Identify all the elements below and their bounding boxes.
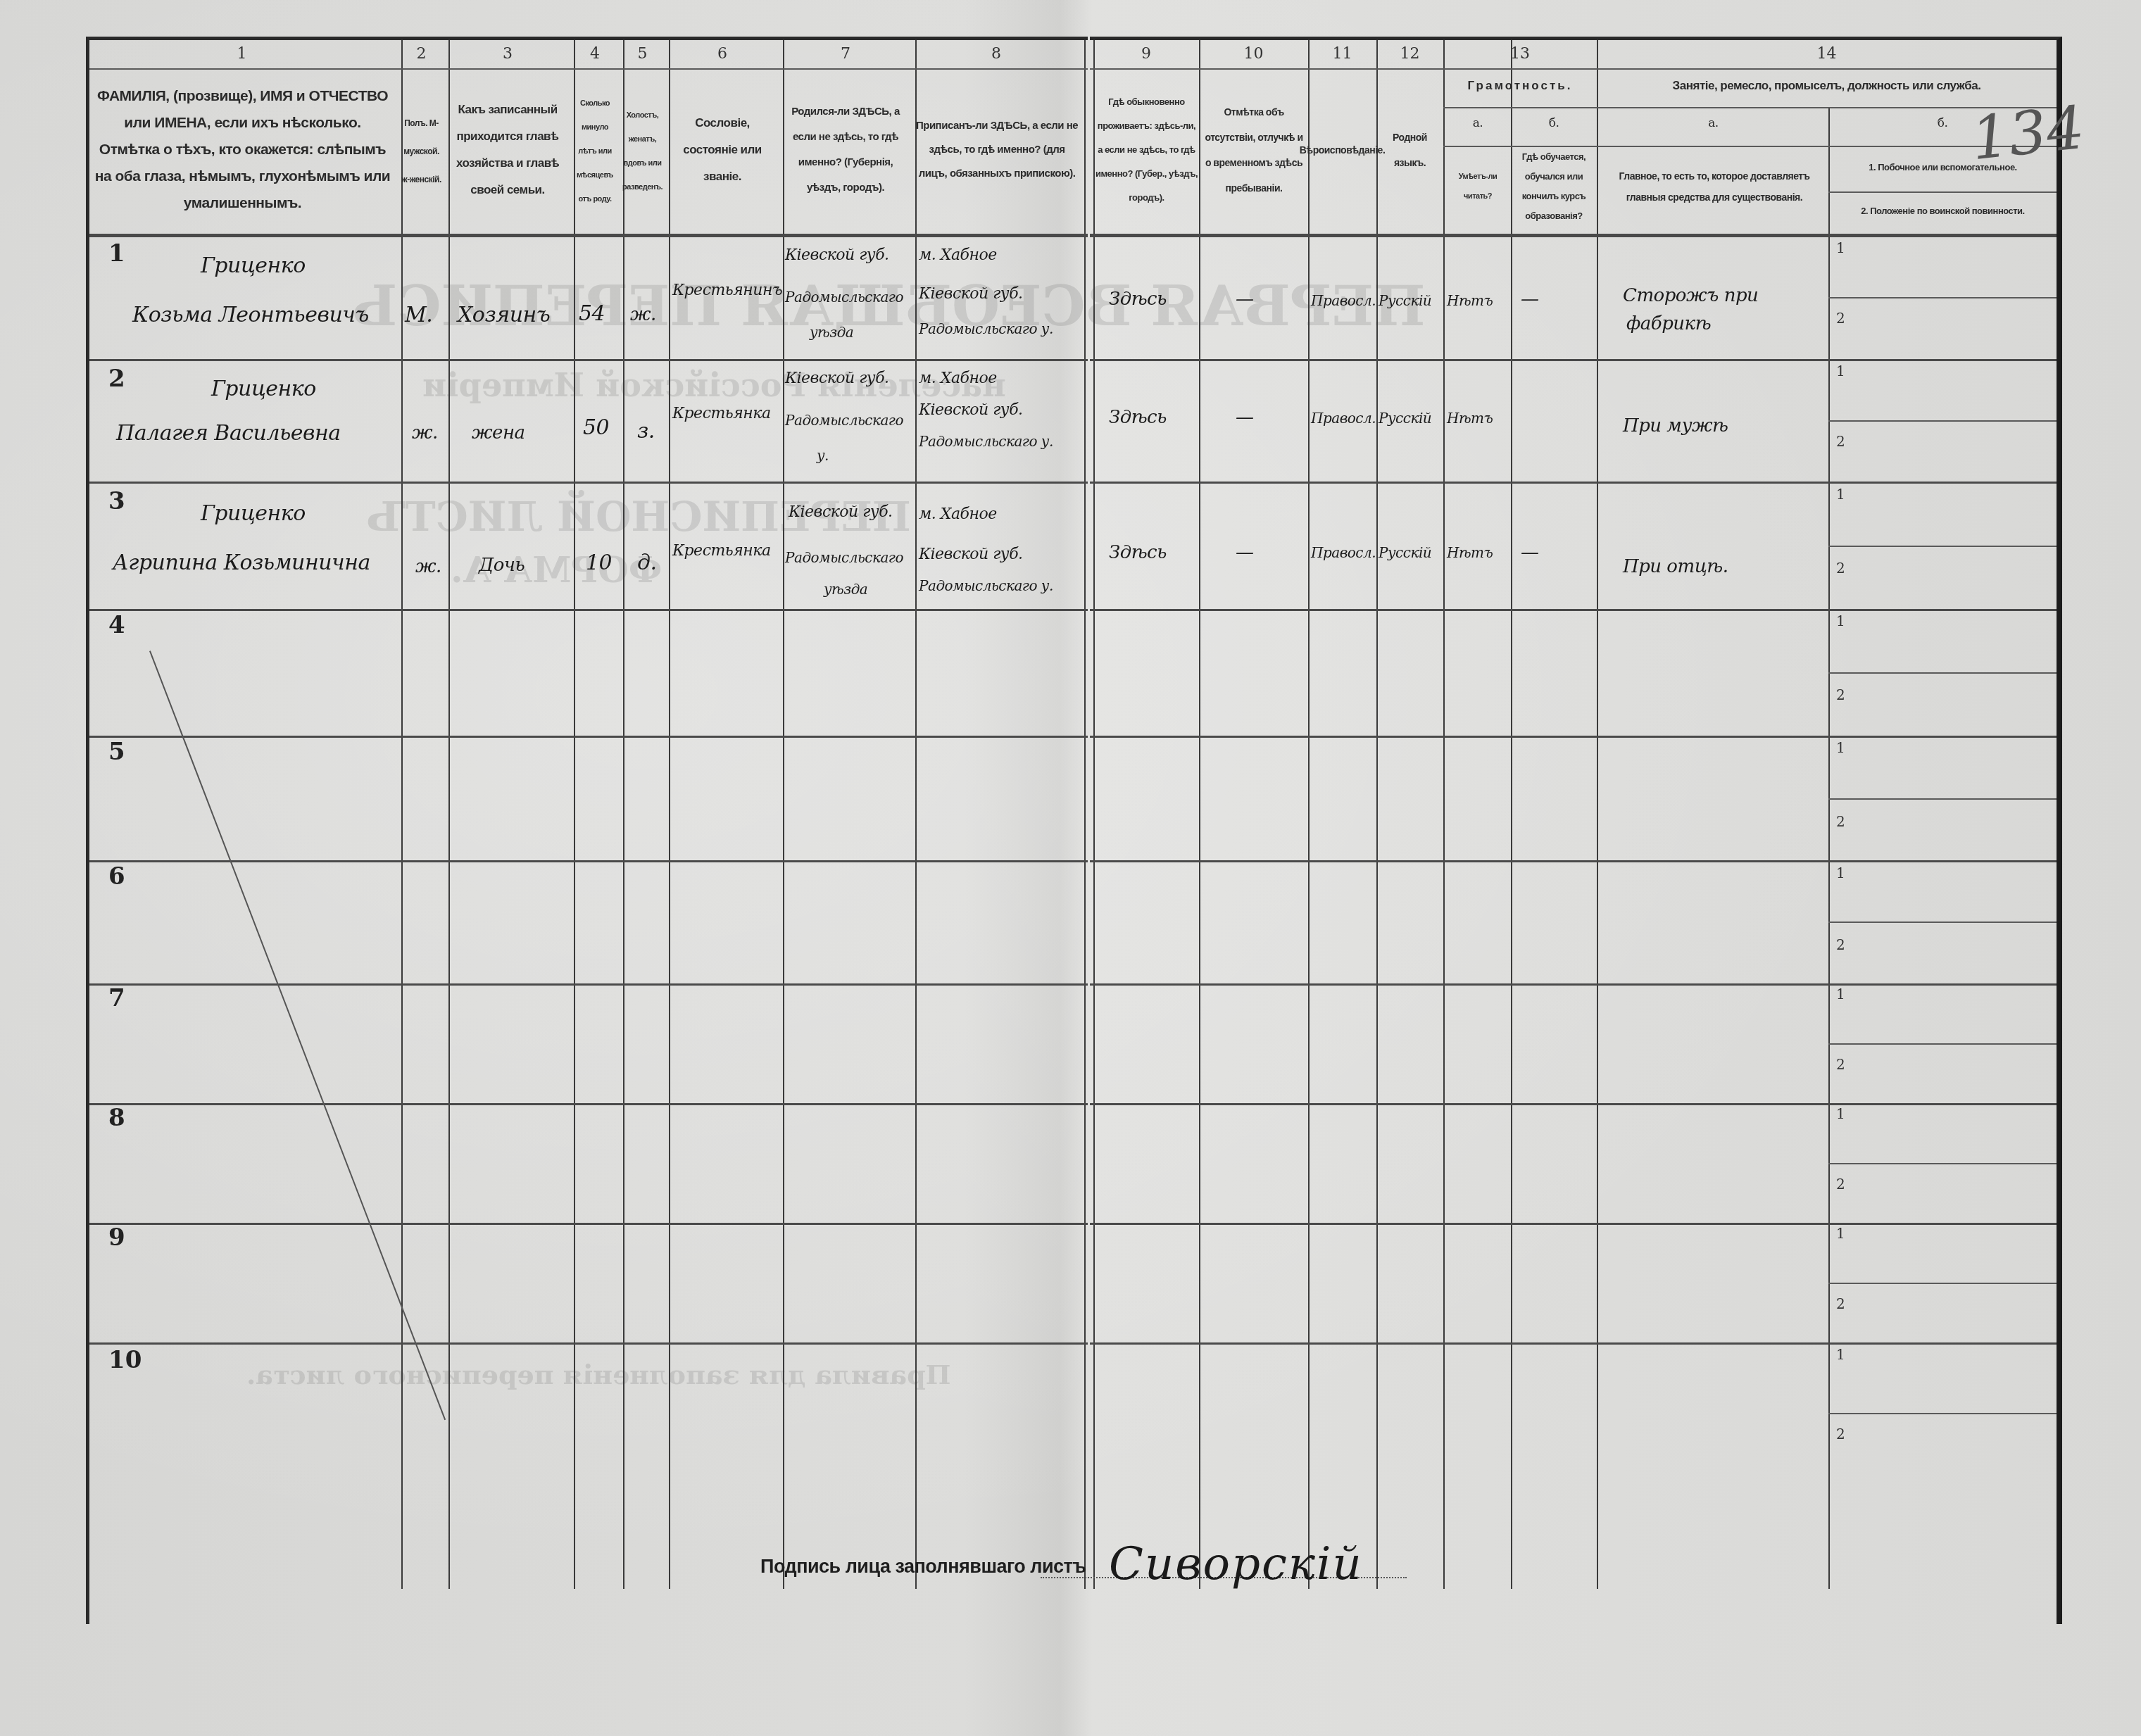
col-header-language: Родной языкъ.: [1378, 70, 1442, 229]
col-header-literacy: Грамотность.: [1445, 70, 1595, 101]
row-divider: [89, 1103, 1088, 1105]
marital-status: д.: [637, 551, 657, 575]
row-divider: [1090, 1223, 2057, 1225]
residence: Здѣсь: [1109, 407, 1167, 428]
sub-marker-1: 1: [1836, 1105, 1845, 1122]
birthplace-line: Кіевской губ.: [789, 503, 893, 521]
row-half-divider: [1828, 798, 2057, 800]
row-half-divider: [1828, 672, 2057, 674]
row-half-divider: [1828, 922, 2057, 923]
row-divider: [89, 860, 1088, 862]
sub-marker-1: 1: [1836, 986, 1845, 1002]
col-header-age: Сколько минуло лѣтъ или мѣсяцевъ отъ род…: [572, 77, 618, 225]
birthplace-line: Радомысльскаго: [785, 289, 903, 306]
sub-marker-2: 2: [1836, 433, 1845, 450]
col-divider: [1308, 40, 1310, 1589]
sub-marker-2: 2: [1836, 310, 1845, 327]
estate: Крестьянинъ: [672, 282, 782, 299]
registered-line: Радомысльскаго у.: [919, 320, 1053, 337]
col-header-education: Гдѣ обучается, обучался или кончилъ курс…: [1512, 144, 1595, 229]
registered-line: Радомысльскаго у.: [919, 433, 1053, 450]
col-header-relation: Какъ записанный приходится главѣ хозяйст…: [448, 70, 567, 229]
col-num-5: 5: [620, 45, 665, 63]
col-divider: [783, 40, 784, 1589]
registered-line: Радомысльскаго у.: [919, 577, 1053, 594]
col-divider: [448, 40, 450, 1589]
relation: Хозяинъ: [458, 303, 550, 327]
sub-marker-1: 1: [1836, 612, 1845, 629]
registered-line: Кіевской губ.: [919, 401, 1023, 419]
col-divider: [1093, 40, 1095, 1589]
sex: ж.: [415, 556, 441, 577]
surname: Гриценко: [201, 253, 306, 278]
religion: Правосл.: [1311, 544, 1376, 561]
row-divider: [89, 1223, 1088, 1225]
col-header-literacy-b-label: б.: [1512, 106, 1595, 141]
row-half-divider: [1828, 1043, 2057, 1045]
estate: Крестьянка: [672, 542, 771, 560]
sub-marker-2: 2: [1836, 560, 1845, 577]
col-num-7: 7: [779, 45, 912, 63]
col-num-3: 3: [445, 45, 570, 63]
signature-value: Сиворскій: [1109, 1538, 1363, 1590]
sub-marker-2: 2: [1836, 1295, 1845, 1312]
col-header-registered: Приписанъ-ли ЗДѢСЬ, а если не здѣсь, то …: [915, 70, 1079, 229]
birthplace-line: уѣзда: [810, 324, 853, 341]
birthplace-line: Кіевской губ.: [785, 246, 889, 264]
header-num-line: [1090, 68, 2057, 70]
birthplace-line: Кіевской губ.: [785, 370, 889, 387]
col-num-9: 9: [1093, 45, 1199, 63]
sub-marker-1: 1: [1836, 739, 1845, 756]
residence: Здѣсь: [1109, 289, 1167, 310]
sub-marker-2: 2: [1836, 686, 1845, 703]
col-header-residence: Гдѣ обыкновенно проживаетъ: здѣсь-ли, а …: [1095, 70, 1198, 229]
row-half-divider: [1828, 1283, 2057, 1284]
registered-line: Кіевской губ.: [919, 546, 1023, 563]
col-divider: [574, 40, 575, 1589]
birthplace-line: у.: [817, 447, 829, 464]
age: 50: [583, 415, 609, 440]
registered-line: Кіевской губ.: [919, 285, 1023, 303]
sub-marker-1: 1: [1836, 363, 1845, 379]
native-language: Русскій: [1379, 410, 1431, 427]
col-header-name: ФАМИЛІЯ, (прозвище), ИМЯ и ОТЧЕСТВО или …: [93, 70, 392, 229]
col-divider: [1376, 40, 1378, 1589]
sex: ж.: [412, 422, 438, 444]
col-divider: [1084, 40, 1086, 1589]
surname: Гриценко: [201, 501, 306, 526]
relation: Дочь: [479, 555, 525, 576]
row-number: 3: [108, 487, 125, 515]
header-bottom-line: [1090, 234, 2057, 237]
age: 54: [579, 301, 605, 326]
col-header-literacy-a-label: а.: [1445, 106, 1511, 141]
row-number: 10: [108, 1346, 142, 1374]
col-header-marital: Холостъ, женатъ, вдовъ или разведенъ.: [621, 77, 664, 225]
row-divider: [89, 983, 1088, 986]
col-header-sex: Полъ. М-мужской. ж-женскій.: [399, 84, 444, 218]
row-divider: [89, 359, 1088, 361]
col-num-8: 8: [912, 45, 1081, 63]
native-language: Русскій: [1379, 292, 1431, 309]
row-number: 5: [108, 738, 125, 766]
col-divider: [1828, 107, 1830, 1589]
sub-marker-2: 2: [1836, 1426, 1845, 1442]
row-half-divider: [1828, 297, 2057, 298]
row-number: 8: [108, 1104, 125, 1132]
given-name-patronymic: Палагея Васильевна: [116, 421, 341, 446]
sub-marker-2: 2: [1836, 813, 1845, 830]
religion: Правосл.: [1311, 410, 1376, 427]
row-divider: [1090, 1103, 2057, 1105]
absence: —: [1236, 407, 1254, 428]
row-half-divider: [1828, 1163, 2057, 1164]
absence: —: [1236, 289, 1254, 310]
registered-line: м. Хабное: [919, 370, 997, 387]
row-divider: [1090, 860, 2057, 862]
col-num-2: 2: [398, 45, 445, 63]
marital-status: ж.: [630, 304, 656, 325]
occupation-main-line: При мужѣ: [1623, 415, 1728, 436]
col-num-10: 10: [1199, 45, 1308, 63]
sub-marker-1: 1: [1836, 864, 1845, 881]
can-read: Нѣтъ: [1447, 410, 1493, 427]
can-read: Нѣтъ: [1447, 544, 1493, 561]
row-half-divider: [1828, 546, 2057, 547]
col-header-estate: Сословіе, состояніе или званіе.: [669, 70, 776, 229]
col-header-occupation-main: Главное, то есть то, которое доставляетъ…: [1605, 144, 1823, 229]
row-divider: [1090, 609, 2057, 611]
birthplace-line: Радомысльскаго: [785, 412, 903, 429]
col-divider: [401, 40, 403, 1589]
col-divider: [669, 40, 670, 1589]
col-divider: [1511, 40, 1512, 1589]
row-number: 7: [108, 984, 125, 1012]
sub-marker-1: 1: [1836, 1346, 1845, 1363]
occupation-main-line: фабрикѣ: [1626, 313, 1711, 334]
row-divider: [89, 482, 1088, 484]
sub-marker-1: 1: [1836, 239, 1845, 256]
col-num-6: 6: [665, 45, 779, 63]
native-language: Русскій: [1379, 544, 1431, 561]
relation: жена: [472, 422, 525, 444]
row-half-divider: [1828, 420, 2057, 422]
sex: М.: [405, 303, 432, 327]
col-divider: [1199, 40, 1200, 1589]
education: —: [1521, 542, 1539, 563]
registered-line: м. Хабное: [919, 505, 997, 523]
col-num-11: 11: [1308, 45, 1376, 63]
sub-marker-2: 2: [1836, 936, 1845, 953]
row-number: 6: [108, 862, 125, 891]
residence: Здѣсь: [1109, 542, 1167, 563]
col-divider: [1443, 40, 1445, 1589]
col-header-occupation-a-label: а.: [1598, 106, 1828, 141]
col-num-1: 1: [86, 45, 398, 63]
col-header-can-read: Умѣетъ-ли читать?: [1445, 144, 1511, 229]
birthplace-line: уѣзда: [824, 581, 867, 598]
col-header-occupation: Занятіе, ремесло, промыселъ, должность и…: [1598, 70, 2055, 101]
row-divider: [1090, 482, 2057, 484]
row-divider: [1090, 1342, 2057, 1345]
header-bottom-line: [89, 234, 1088, 237]
row-divider: [1090, 736, 2057, 738]
col-divider: [915, 40, 917, 1589]
col-divider: [1597, 40, 1598, 1589]
signature-label: Подпись лица заполнявшаго листъ: [760, 1556, 1086, 1578]
row-number: 4: [108, 611, 125, 639]
col-num-4: 4: [570, 45, 620, 63]
estate: Крестьянка: [672, 405, 771, 422]
sub-marker-2: 2: [1836, 1056, 1845, 1073]
sheet-number: 134: [1968, 93, 2087, 173]
absence: —: [1236, 542, 1254, 563]
can-read: Нѣтъ: [1447, 292, 1493, 309]
occupation-main-line: При отцѣ.: [1623, 556, 1728, 577]
sub-marker-1: 1: [1836, 1225, 1845, 1242]
header-num-line: [89, 68, 1088, 70]
occupation-main-line: Сторожъ при: [1623, 285, 1758, 306]
right-page-table: [1090, 37, 2062, 1624]
row-number: 2: [108, 365, 125, 393]
row-divider: [1090, 983, 2057, 986]
religion: Правосл.: [1311, 292, 1376, 309]
col-header-religion: Вѣроисповѣданіе.: [1310, 70, 1375, 229]
col-divider: [623, 40, 624, 1589]
row-divider: [89, 609, 1088, 611]
row-divider: [1090, 359, 2057, 361]
row-half-divider: [1828, 1413, 2057, 1414]
row-number: 1: [108, 239, 125, 268]
given-name-patronymic: Козьма Леонтьевичъ: [132, 303, 369, 327]
row-number: 9: [108, 1224, 125, 1252]
sub-marker-2: 2: [1836, 1176, 1845, 1193]
sub-marker-1: 1: [1836, 486, 1845, 503]
birthplace-line: Радомысльскаго: [785, 549, 903, 566]
col-header-military: 2. Положеніе по воинской повинности.: [1832, 191, 2054, 229]
marital-status: з.: [637, 419, 655, 444]
col-header-absence: Отмѣтка объ отсутствіи, отлучкѣ и о врем…: [1201, 70, 1307, 229]
education: —: [1521, 289, 1539, 310]
registered-line: м. Хабное: [919, 246, 997, 264]
surname: Гриценко: [211, 377, 316, 401]
age: 10: [586, 551, 612, 575]
row-divider: [89, 736, 1088, 738]
given-name-patronymic: Агрипина Козьминична: [113, 551, 370, 575]
col-num-12: 12: [1376, 45, 1443, 63]
col-header-birthplace: Родился-ли ЗДѢСЬ, а если не здѣсь, то гд…: [782, 70, 909, 229]
col-num-14: 14: [1597, 45, 2057, 63]
col-num-13: 13: [1443, 45, 1597, 63]
row-divider: [89, 1342, 1088, 1345]
